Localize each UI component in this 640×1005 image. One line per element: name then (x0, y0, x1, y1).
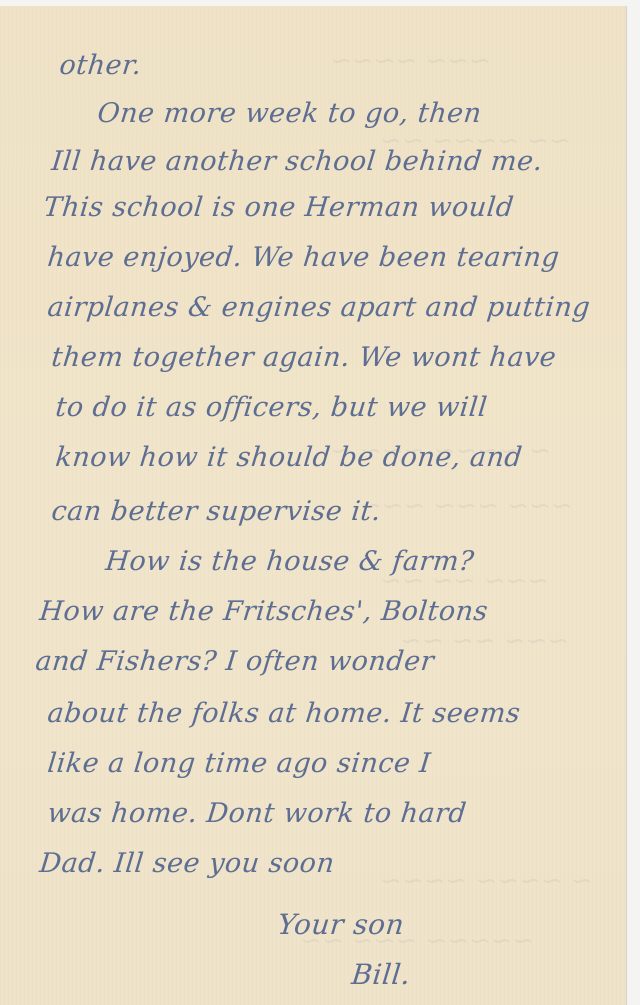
letter-line: Ill have another school behind me. (50, 146, 544, 177)
letter-line: airplanes & engines apart and putting (46, 292, 592, 323)
letter-line: was home. Dont work to hard (46, 798, 468, 829)
letter-line: This school is one Herman would (42, 192, 515, 223)
bleed-through-text: ~~~ ~~~~ (330, 46, 491, 76)
letter-line: other. (58, 50, 143, 81)
letter-line: about the folks at home. It seems (46, 698, 522, 729)
letter-line: know how it should be done, and (54, 442, 524, 473)
letter-line: can better supervise it. (50, 496, 383, 527)
bleed-through-text: ~~~ ~~~ ~~~ (360, 491, 573, 521)
letter-signature: Bill. (350, 958, 412, 991)
letter-page: ~~~ ~~~~ ~~ ~~~~ ~~ ~ ~~~~ ~~~ ~ ~~~ ~~~… (0, 6, 626, 1005)
bleed-through-text: ~ ~~~~ ~~~~ (380, 866, 593, 896)
letter-line: like a long time ago since I (46, 748, 432, 779)
letter-line: and Fishers? I often wonder (34, 646, 436, 677)
letter-line: have enjoyed. We have been tearing (46, 242, 561, 273)
letter-line: them together again. We wont have (50, 342, 558, 373)
letter-line: to do it as officers, but we will (54, 392, 489, 423)
letter-line: How is the house & farm? (104, 546, 476, 577)
letter-line: How are the Fritsches', Boltons (38, 596, 490, 627)
letter-closing: Your son (276, 908, 406, 941)
letter-line: One more week to go, then (96, 98, 483, 129)
letter-line: Dad. Ill see you soon (38, 848, 336, 879)
